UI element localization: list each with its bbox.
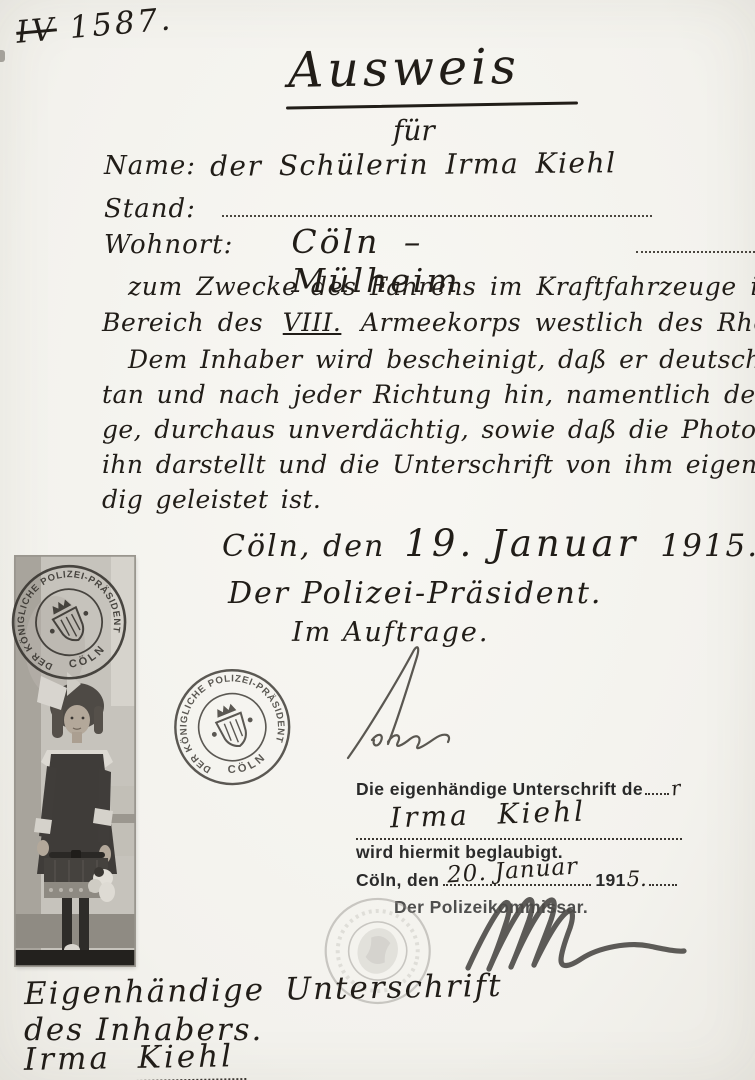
certification-line: Dem Inhaber wird bescheinigt, daß er deu… <box>102 342 742 377</box>
file-number: IV 1587. <box>15 1 175 51</box>
police-stamp-center: DER KÖNIGLICHE POLIZEI-PRÄSIDENT CÖLN <box>150 645 316 813</box>
scan-artifact <box>0 50 5 62</box>
wohnort-label: Wohnort: <box>104 230 233 260</box>
certification-line: dig geleistet ist. <box>102 482 742 517</box>
field-stand: Stand: <box>104 194 652 224</box>
purpose-line-2-prefix: Bereich des <box>102 308 263 337</box>
attestation-date-line: Cöln, den 20. Januar 191 5. <box>356 867 690 891</box>
file-number-roman: IV <box>15 11 59 50</box>
certification-line: ge, durchaus unverdächtig, sowie daß die… <box>102 412 742 447</box>
attestation-signature-line: Irma Kiehl <box>356 804 682 840</box>
purpose-line-2: Bereich des VIII. Armeekorps westlich de… <box>102 308 755 337</box>
issue-city: Cöln, den <box>222 529 385 564</box>
attestation-gender-dots <box>645 790 669 795</box>
wohnort-dotted-line <box>636 247 755 253</box>
attestation-date-dotted-line: 20. Januar <box>443 870 591 886</box>
field-name: Name: der Schülerin Irma Kiehl <box>104 148 617 181</box>
name-label: Name: <box>104 151 196 181</box>
certification-line: ihn darstellt und die Unterschrift von i… <box>102 447 742 482</box>
attestation-year-printed: 191 <box>595 870 625 891</box>
document-subtitle: für <box>393 114 435 147</box>
svg-text:CÖLN: CÖLN <box>224 749 272 781</box>
ausweis-document: IV 1587. Ausweis für Name: der Schülerin… <box>0 0 755 1080</box>
certification-paragraph: Dem Inhaber wird bescheinigt, daß er deu… <box>102 342 742 517</box>
attested-name-signature: Irma Kiehl <box>389 795 586 835</box>
title-underline <box>286 101 578 109</box>
holder-signature-caption-1: Eigenhändige Unterschrift <box>24 968 503 1012</box>
file-number-digits: 1587. <box>68 1 174 46</box>
document-title: Ausweis <box>288 38 521 99</box>
issue-day: 19. Januar <box>404 522 639 565</box>
issue-year: 1915. <box>660 528 755 564</box>
issue-date-line: Cöln, den 19. Januar 1915. <box>222 522 755 565</box>
purpose-line-1: zum Zwecke des Fahrens im Kraftfahrzeuge… <box>128 272 755 301</box>
attestation-year-dots <box>649 881 677 886</box>
stamp-coat-of-arms <box>203 697 260 754</box>
stamp-city-text: CÖLN <box>65 640 112 675</box>
stamp-city-text: CÖLN <box>224 749 272 781</box>
army-corps-number: VIII. <box>283 308 342 337</box>
attestation-year-handwritten: 5. <box>627 867 647 891</box>
stamp-coat-of-arms <box>39 592 97 650</box>
attestation-date-prefix: Cöln, den <box>356 870 439 891</box>
stand-dotted-line <box>222 211 652 217</box>
attestation-gender-mark: r <box>669 775 682 800</box>
certification-line: tan und nach jeder Richtung hin, namentl… <box>102 377 742 412</box>
official-signature <box>328 640 498 764</box>
stand-label: Stand: <box>104 194 196 224</box>
holder-signature: Irma Kiehl <box>20 1038 247 1080</box>
name-value: der Schülerin Irma Kiehl <box>210 146 617 183</box>
svg-text:CÖLN: CÖLN <box>65 640 112 675</box>
purpose-line-2-suffix: Armeekorps westlich des Rheines. <box>361 308 755 337</box>
issuer-title: Der Polizei-Präsident. <box>228 576 602 611</box>
